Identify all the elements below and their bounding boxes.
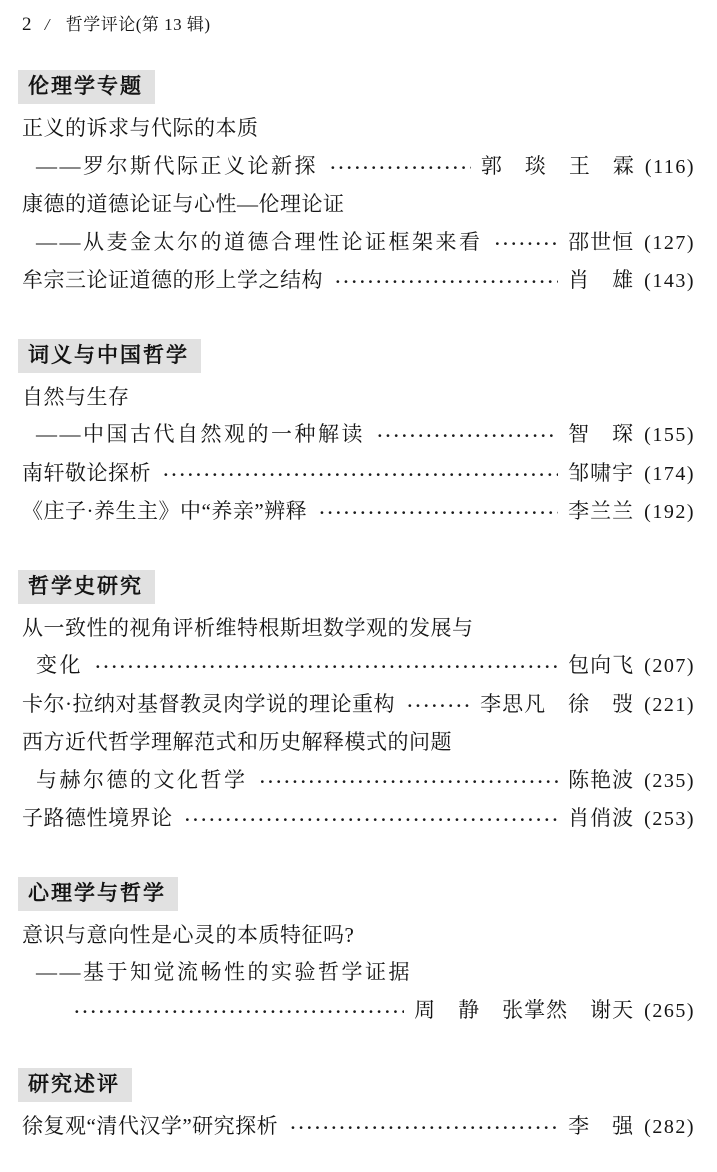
- toc-line: 徐复观“清代汉学”研究探析李 强(282): [22, 1108, 695, 1147]
- article-title: 意识与意向性是心灵的本质特征吗?: [22, 917, 354, 955]
- leader-dots: [407, 686, 470, 725]
- article-authors: 邹啸宇: [568, 455, 634, 493]
- page-header: 2 / 哲学评论(第 13 辑): [22, 12, 695, 38]
- leader-dots: [330, 148, 471, 187]
- article-authors: 邵世恒: [568, 224, 634, 262]
- leader-dots: [290, 1108, 558, 1147]
- article-title: 子路德性境界论: [22, 800, 173, 838]
- toc-line: 康德的道德论证与心性—伦理论证: [22, 186, 695, 224]
- section-heading: 哲学史研究: [18, 570, 155, 604]
- toc-line: 牟宗三论证道德的形上学之结构肖 雄(143): [22, 262, 695, 301]
- toc-section: 研究述评徐复观“清代汉学”研究探析李 强(282): [22, 1030, 695, 1147]
- article-title: 南轩敬论探析: [22, 455, 151, 493]
- slash-separator: /: [45, 15, 50, 34]
- toc-line: 从一致性的视角评析维特根斯坦数学观的发展与: [22, 610, 695, 648]
- article-authors: 智 琛: [568, 416, 634, 454]
- article-title: 西方近代哲学理解范式和历史解释模式的问题: [22, 724, 452, 762]
- article-title: ——从麦金太尔的道德合理性论证框架来看: [36, 224, 483, 262]
- toc-section: 心理学与哲学意识与意向性是心灵的本质特征吗?——基于知觉流畅性的实验哲学证据周 …: [22, 839, 695, 1031]
- article-authors: 李兰兰: [568, 493, 634, 531]
- leader-dots: [260, 762, 559, 801]
- toc-line: 与赫尔德的文化哲学陈艳波(235): [22, 762, 695, 801]
- section-heading: 研究述评: [18, 1068, 132, 1102]
- article-title: ——中国古代自然观的一种解读: [36, 416, 365, 454]
- toc-line: ——中国古代自然观的一种解读智 琛(155): [22, 416, 695, 455]
- article-page-number: (127): [644, 225, 695, 263]
- article-page-number: (192): [644, 494, 695, 532]
- article-authors: 郭 琰 王 霖: [481, 148, 635, 186]
- article-title: 与赫尔德的文化哲学: [36, 762, 248, 800]
- toc-line: ——从麦金太尔的道德合理性论证框架来看邵世恒(127): [22, 224, 695, 263]
- leader-dots: [495, 224, 559, 263]
- article-title: 《庄子·养生主》中“养亲”辨释: [22, 493, 307, 531]
- article-page-number: (265): [644, 993, 695, 1031]
- toc-line: 意识与意向性是心灵的本质特征吗?: [22, 917, 695, 955]
- leader-dots: [319, 493, 558, 532]
- toc-line: 《庄子·养生主》中“养亲”辨释李兰兰(192): [22, 493, 695, 532]
- article-title: 牟宗三论证道德的形上学之结构: [22, 262, 323, 300]
- leader-dots: [74, 992, 404, 1031]
- article-title: 徐复观“清代汉学”研究探析: [22, 1108, 278, 1146]
- toc-line: 子路德性境界论肖俏波(253): [22, 800, 695, 839]
- article-authors: 肖俏波: [568, 800, 634, 838]
- toc-line: 周 静 张掌然 谢天(265): [22, 992, 695, 1031]
- toc-line: 南轩敬论探析邹啸宇(174): [22, 455, 695, 494]
- article-title: 康德的道德论证与心性—伦理论证: [22, 186, 345, 224]
- toc-line: 西方近代哲学理解范式和历史解释模式的问题: [22, 724, 695, 762]
- article-page-number: (143): [644, 263, 695, 301]
- page-number: 2: [22, 14, 33, 35]
- article-page-number: (282): [644, 1109, 695, 1147]
- article-authors: 包向飞: [568, 647, 634, 685]
- article-page-number: (253): [644, 801, 695, 839]
- leader-dots: [95, 647, 558, 686]
- toc-line: ——基于知觉流畅性的实验哲学证据: [22, 954, 695, 992]
- article-title: 正义的诉求与代际的本质: [22, 110, 259, 148]
- section-heading: 心理学与哲学: [18, 877, 178, 911]
- toc-line: 正义的诉求与代际的本质: [22, 110, 695, 148]
- article-authors: 周 静 张掌然 谢天: [414, 992, 634, 1030]
- section-heading: 词义与中国哲学: [18, 339, 201, 373]
- article-title: ——罗尔斯代际正义论新探: [36, 148, 318, 186]
- article-page-number: (235): [644, 763, 695, 801]
- article-authors: 陈艳波: [568, 762, 634, 800]
- article-title: 从一致性的视角评析维特根斯坦数学观的发展与: [22, 610, 474, 648]
- toc-line: 变化包向飞(207): [22, 647, 695, 686]
- article-title: 卡尔·拉纳对基督教灵肉学说的理论重构: [22, 686, 395, 724]
- article-title: 自然与生存: [22, 379, 130, 417]
- leader-dots: [185, 800, 559, 839]
- journal-title: 哲学评论(第 13 辑): [66, 15, 211, 34]
- toc-line: 自然与生存: [22, 379, 695, 417]
- toc-page: 2 / 哲学评论(第 13 辑) 伦理学专题正义的诉求与代际的本质——罗尔斯代际…: [0, 0, 717, 1172]
- article-page-number: (207): [644, 648, 695, 686]
- section-heading: 伦理学专题: [18, 70, 155, 104]
- article-page-number: (221): [644, 687, 695, 725]
- article-title: 变化: [36, 647, 83, 685]
- article-title: ——基于知觉流畅性的实验哲学证据: [36, 954, 412, 992]
- leader-dots: [335, 262, 558, 301]
- leader-dots: [163, 455, 558, 494]
- toc-section: 伦理学专题正义的诉求与代际的本质——罗尔斯代际正义论新探郭 琰 王 霖(116)…: [22, 38, 695, 301]
- article-page-number: (174): [644, 456, 695, 494]
- article-authors: 肖 雄: [568, 262, 634, 300]
- article-authors: 李 强: [568, 1108, 634, 1146]
- toc-line: 卡尔·拉纳对基督教灵肉学说的理论重构李思凡 徐 弢(221): [22, 686, 695, 725]
- leader-dots: [377, 416, 558, 455]
- article-page-number: (155): [644, 417, 695, 455]
- article-authors: 李思凡 徐 弢: [480, 686, 634, 724]
- toc-line: ——罗尔斯代际正义论新探郭 琰 王 霖(116): [22, 148, 695, 187]
- article-page-number: (116): [645, 149, 695, 187]
- toc-section: 词义与中国哲学自然与生存——中国古代自然观的一种解读智 琛(155)南轩敬论探析…: [22, 301, 695, 532]
- toc-sections: 伦理学专题正义的诉求与代际的本质——罗尔斯代际正义论新探郭 琰 王 霖(116)…: [22, 38, 695, 1147]
- toc-section: 哲学史研究从一致性的视角评析维特根斯坦数学观的发展与变化包向飞(207)卡尔·拉…: [22, 532, 695, 839]
